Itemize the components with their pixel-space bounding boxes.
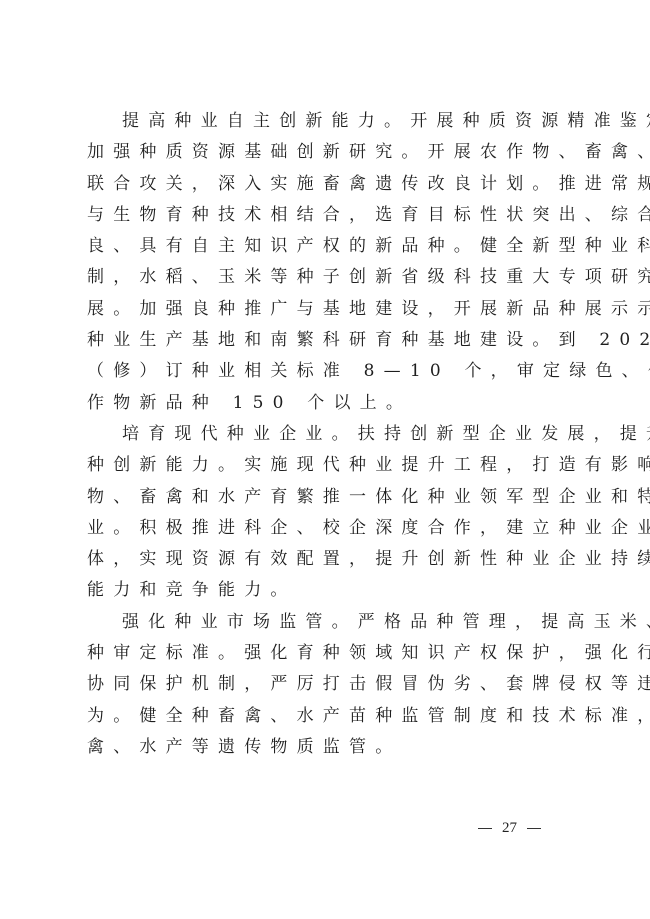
paragraph-3-line-1: 强化种业市场监管。严格品种管理，提高玉米、水稻品 [87,607,572,638]
paragraph-2-line-6: 能力和竞争能力。 [87,575,572,606]
paragraph-3-line-3: 协同保护机制，严厉打击假冒伪劣、套牌侵权等违法犯罪行 [87,669,572,700]
paragraph-1-line-8: 种业生产基地和南繁科研育种基地建设。到 2025 年，新制 [87,325,572,356]
page-number: 27 [502,820,517,837]
body-text: 提高种业自主创新能力。开展种质资源精准鉴定评价， 加强种质资源基础创新研究。开展… [87,106,563,763]
paragraph-1-line-3: 联合攻关，深入实施畜禽遗传改良计划。推进常规育种技术 [87,169,572,200]
paragraph-2-line-4: 业。积极推进科企、校企深度合作，建立种业企业创新联合 [87,513,572,544]
right-dash-decoration [527,828,541,829]
document-page: 提高种业自主创新能力。开展种质资源精准鉴定评价， 加强种质资源基础创新研究。开展… [0,0,650,919]
paragraph-2-line-1: 培育现代种业企业。扶持创新型企业发展，提升自主育 [87,419,572,450]
paragraph-1-line-4: 与生物育种技术相结合，选育目标性状突出、综合性状优 [87,200,572,231]
paragraph-3-line-5: 禽、水产等遗传物质监管。 [87,732,572,763]
paragraph-2-line-5: 体，实现资源有效配置，提升创新性种业企业持续健康发展 [87,544,572,575]
page-number-footer: 27 [478,820,541,837]
left-dash-decoration [478,828,492,829]
paragraph-3-line-2: 种审定标准。强化育种领域知识产权保护，强化行政与司法 [87,638,572,669]
paragraph-1-line-10: 作物新品种 150 个以上。 [87,388,572,419]
paragraph-1-line-2: 加强种质资源基础创新研究。开展农作物、畜禽、水产良种 [87,137,572,168]
paragraph-2-line-2: 种创新能力。实施现代种业提升工程，打造有影响力的农作 [87,450,572,481]
paragraph-2-line-3: 物、畜禽和水产育繁推一体化种业领军型企业和特色优势企 [87,482,572,513]
paragraph-1-line-9: （修）订种业相关标准 8—10 个，审定绿色、优质、专用农 [87,356,572,387]
paragraph-1-line-5: 良、具有自主知识产权的新品种。健全新型种业科技创新机 [87,231,572,262]
paragraph-3-line-4: 为。健全种畜禽、水产苗种监管制度和技术标准，加强种畜 [87,701,572,732]
paragraph-1-line-1: 提高种业自主创新能力。开展种质资源精准鉴定评价， [87,106,572,137]
paragraph-1-line-7: 展。加强良种推广与基地建设，开展新品种展示示范，加强 [87,294,572,325]
paragraph-1-line-6: 制，水稻、玉米等种子创新省级科技重大专项研究取得新进 [87,262,572,293]
